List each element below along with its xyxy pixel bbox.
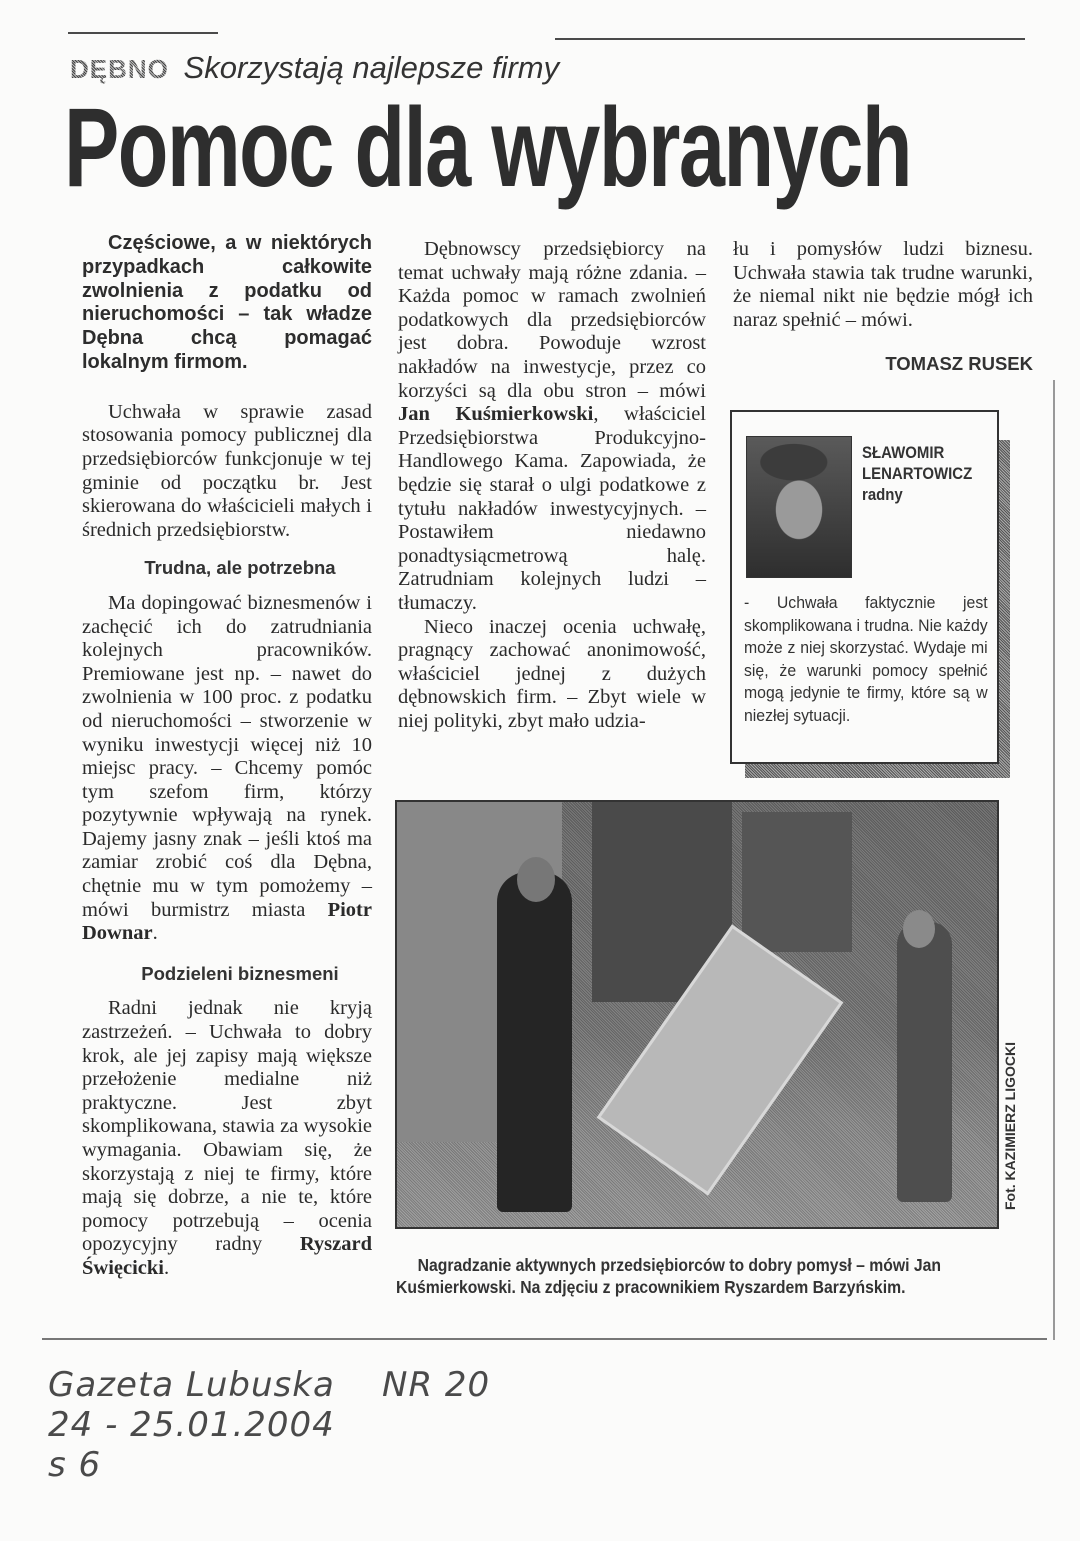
- col1-paragraph-2: Ma dopingować biznesmenów i zachęcić ich…: [82, 592, 372, 946]
- column-3: łu i pomysłów ludzi biznesu. Uchwała sta…: [733, 238, 1033, 376]
- handwritten-page: s 6: [48, 1445, 490, 1485]
- handwritten-date: 24 - 25.01.2004: [48, 1405, 490, 1445]
- handwritten-note: Gazeta Lubuska NR 20 24 - 25.01.2004 s 6: [48, 1365, 490, 1485]
- photo-man-in-coat: [497, 872, 572, 1212]
- bottom-rule: [42, 1338, 1047, 1340]
- photo-doorway-2: [742, 812, 852, 952]
- article-photo: [395, 800, 999, 1229]
- portrait-photo: [746, 436, 852, 578]
- subhead-trudna: Trudna, ale potrzebna: [82, 556, 372, 580]
- lead-paragraph: Częściowe, a w niektórych przypadkach ca…: [82, 232, 372, 375]
- quote-box-role: radny: [862, 484, 972, 505]
- photo-credit: Fot. KAZIMIERZ LIGOCKI: [1002, 1042, 1018, 1210]
- photo-caption: Nagradzanie aktywnych przedsiębiorców to…: [396, 1255, 1031, 1298]
- quote-box-text: - Uchwała faktycznie jest skomplikowana …: [744, 592, 988, 727]
- person-name: Jan Kuśmierkowski: [398, 403, 593, 425]
- col1-paragraph-1: Uchwała w sprawie zasad stosowania pomoc…: [82, 401, 372, 543]
- handwritten-source: Gazeta Lubuska NR 20: [48, 1365, 490, 1405]
- column-1: Częściowe, a w niektórych przypadkach ca…: [82, 232, 372, 1281]
- col2-paragraph-1: Dębnowscy przedsiębiorcy na temat uchwał…: [398, 238, 706, 616]
- quote-box-name: SŁAWOMIR LENARTOWICZ radny: [862, 442, 972, 505]
- subhead-podzieleni: Podzieleni biznesmeni: [82, 962, 372, 986]
- quote-box: SŁAWOMIR LENARTOWICZ radny - Uchwała fak…: [730, 410, 999, 764]
- top-rule-left: [68, 32, 218, 34]
- photo-man-head: [517, 857, 555, 902]
- kicker-place: DĘBNO: [70, 54, 169, 84]
- kicker: DĘBNO Skorzystają najlepsze firmy: [70, 50, 559, 86]
- top-rule-right: [555, 38, 1025, 40]
- photo-worker: [897, 922, 952, 1202]
- author-byline: TOMASZ RUSEK: [733, 352, 1033, 376]
- col1-paragraph-3: Radni jednak nie kryją zastrzeżeń. – Uch…: [82, 997, 372, 1280]
- col3-paragraph-1: łu i pomysłów ludzi biznesu. Uchwała sta…: [733, 238, 1033, 332]
- headline: Pomoc dla wybranych: [64, 92, 786, 204]
- col2-paragraph-2: Nieco inaczej ocenia uchwałę, pragnący z…: [398, 616, 706, 734]
- column-2: Dębnowscy przedsiębiorcy na temat uchwał…: [398, 238, 706, 733]
- right-border-line: [1053, 380, 1055, 1340]
- photo-worker-head: [903, 910, 935, 948]
- kicker-subtitle: Skorzystają najlepsze firmy: [184, 50, 560, 85]
